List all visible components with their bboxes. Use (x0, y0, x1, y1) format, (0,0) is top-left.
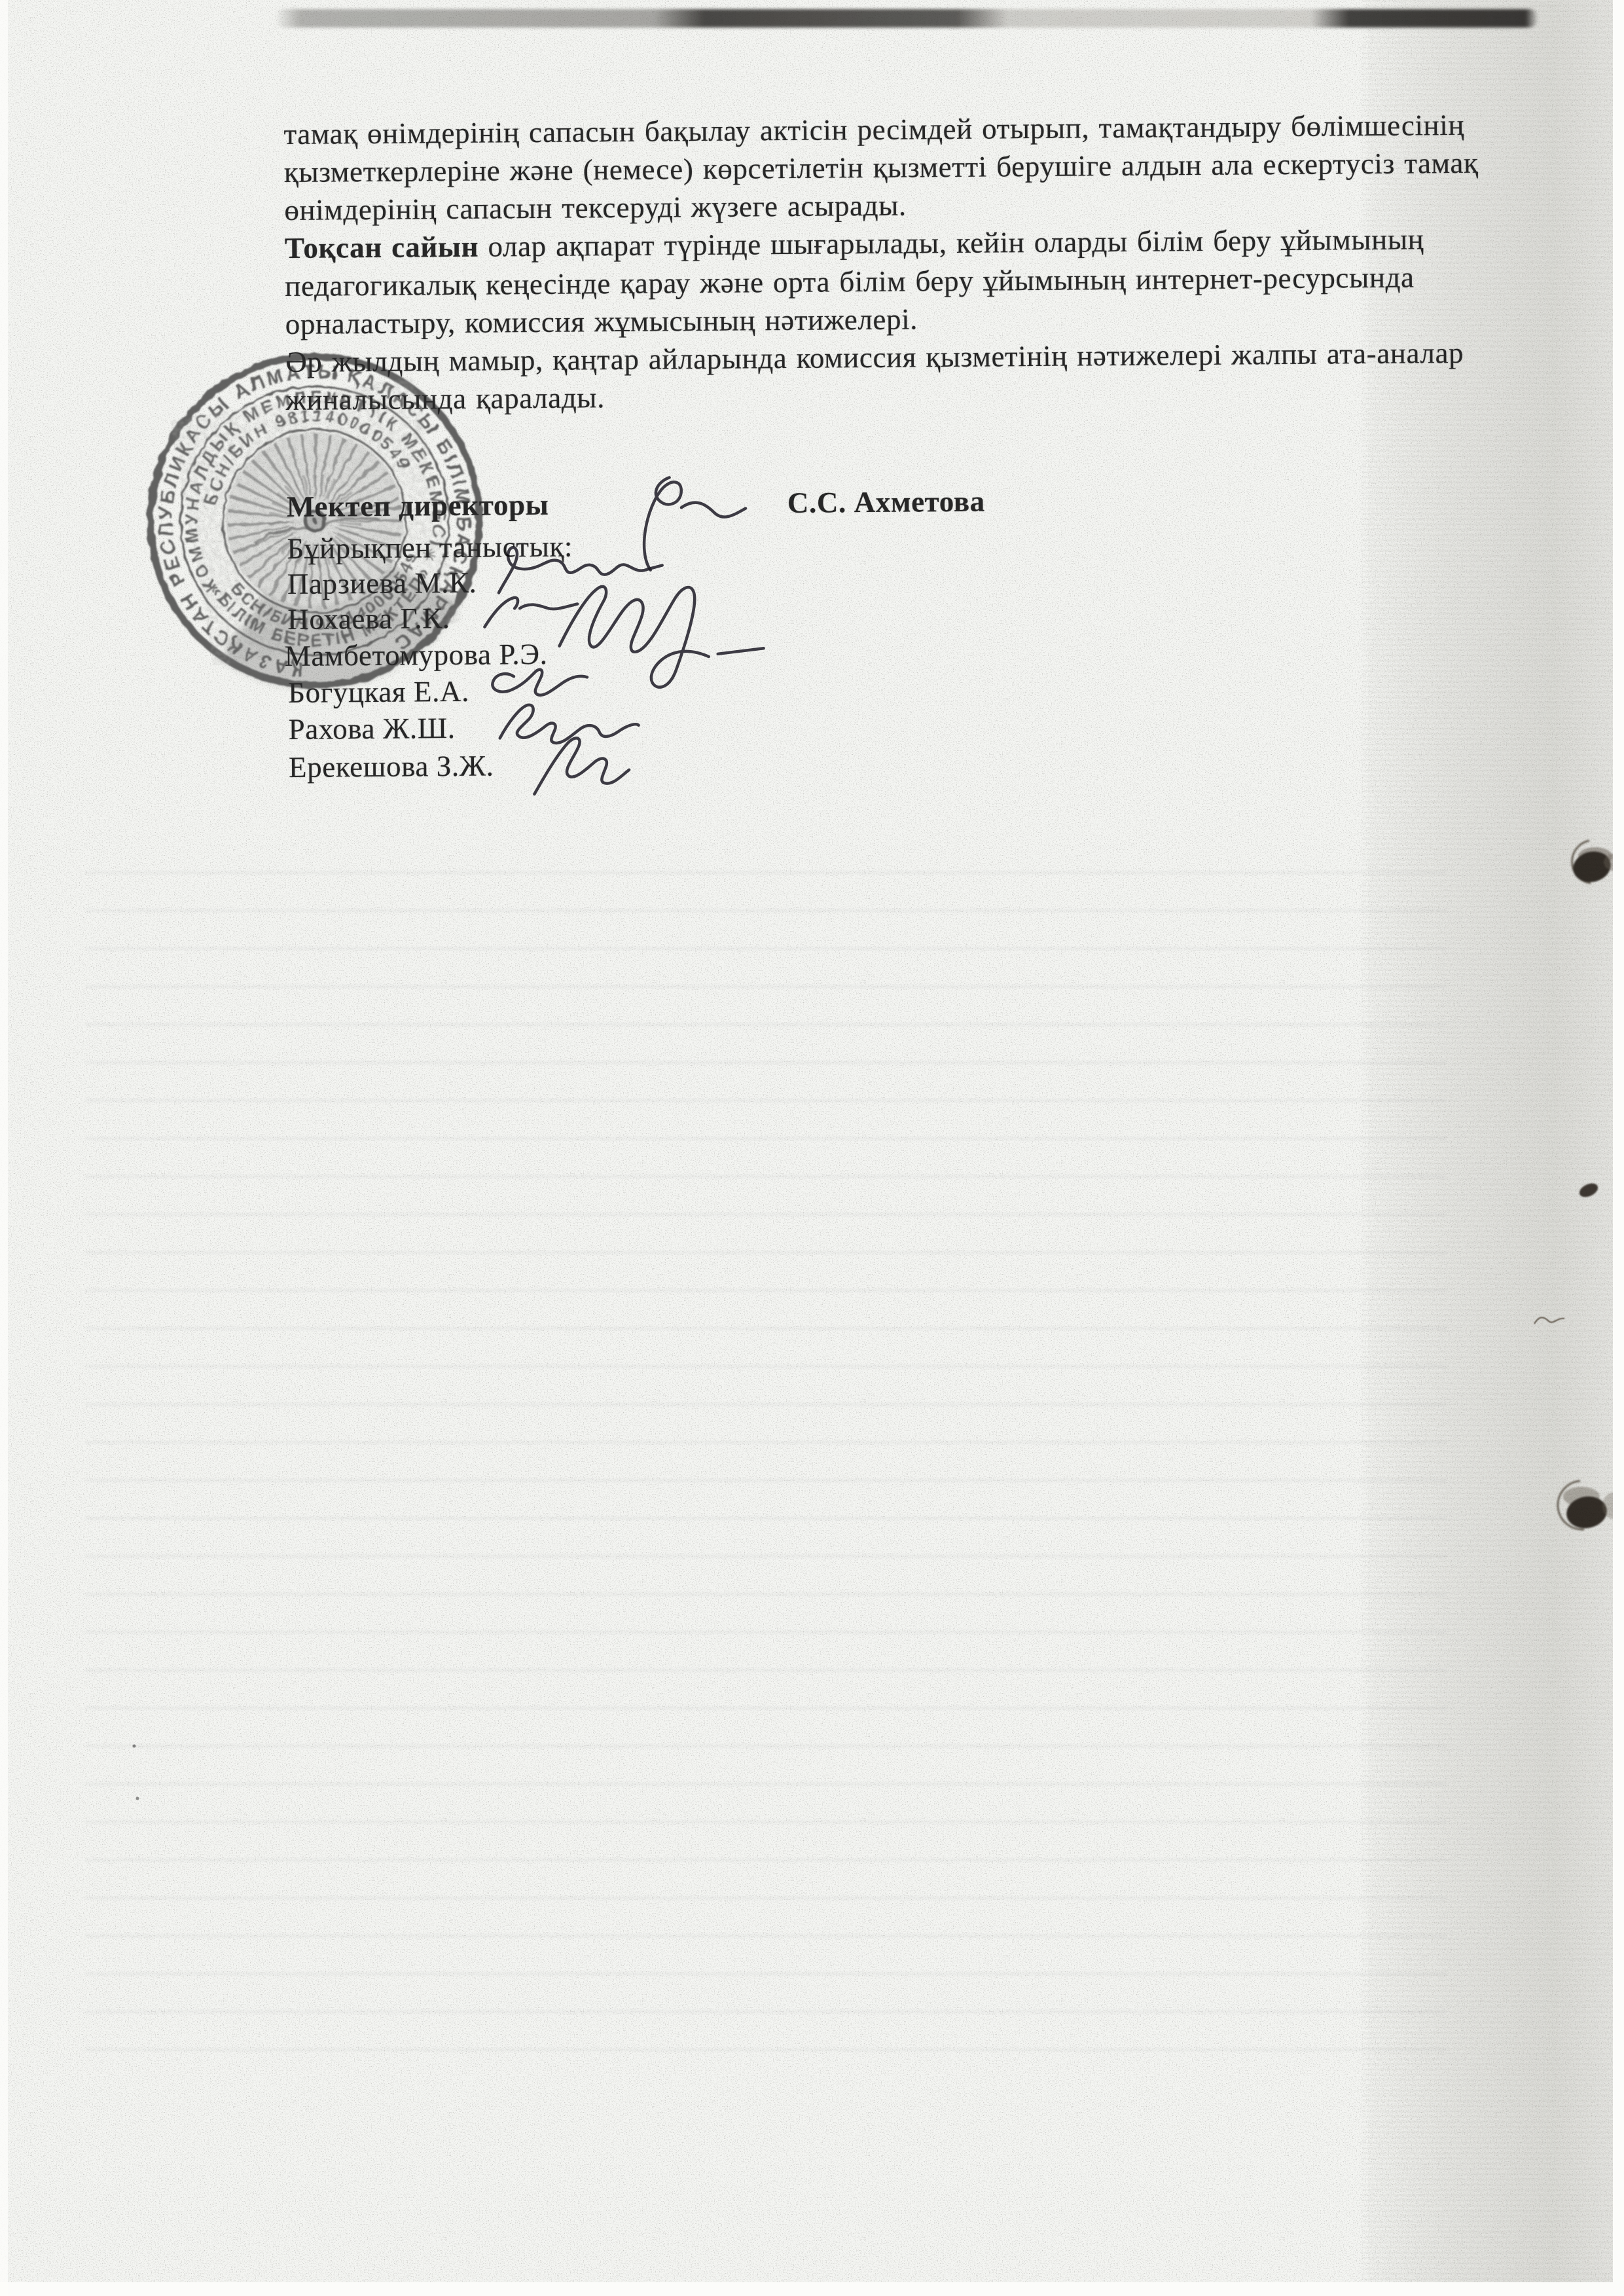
handwritten-signatures (420, 427, 922, 968)
signature-director (643, 477, 746, 570)
body-line: жиналысында қаралады. (285, 378, 605, 419)
signature-6 (534, 738, 630, 794)
scan-edge-bottom (0, 2282, 1624, 2296)
signature-4 (492, 669, 587, 695)
scan-edge-right (1613, 0, 1624, 2296)
body-line: өнімдерінің сапасын тексеруді жүзеге асы… (284, 187, 907, 229)
scan-edge-left (0, 0, 8, 2296)
body-line: орналастыру, комиссия жұмысының нәтижеле… (285, 300, 918, 343)
scanned-document-page: ҚАЗАҚСТАН РЕСПУБЛИКАСЫ АЛМАТЫ ҚАЛАСЫ БІЛ… (0, 0, 1624, 2296)
body-text: тамақ өнімдерінің сапасын бақылау актісі… (0, 0, 1622, 2)
signature-5 (499, 704, 638, 743)
document-content: ҚАЗАҚСТАН РЕСПУБЛИКАСЫ АЛМАТЫ ҚАЛАСЫ БІЛ… (0, 0, 1624, 2296)
body-line: педагогикалық кеңесінде қарау және орта … (285, 258, 1415, 305)
signature-2 (484, 597, 577, 627)
signature-3 (559, 585, 764, 688)
signature-1 (498, 546, 662, 592)
